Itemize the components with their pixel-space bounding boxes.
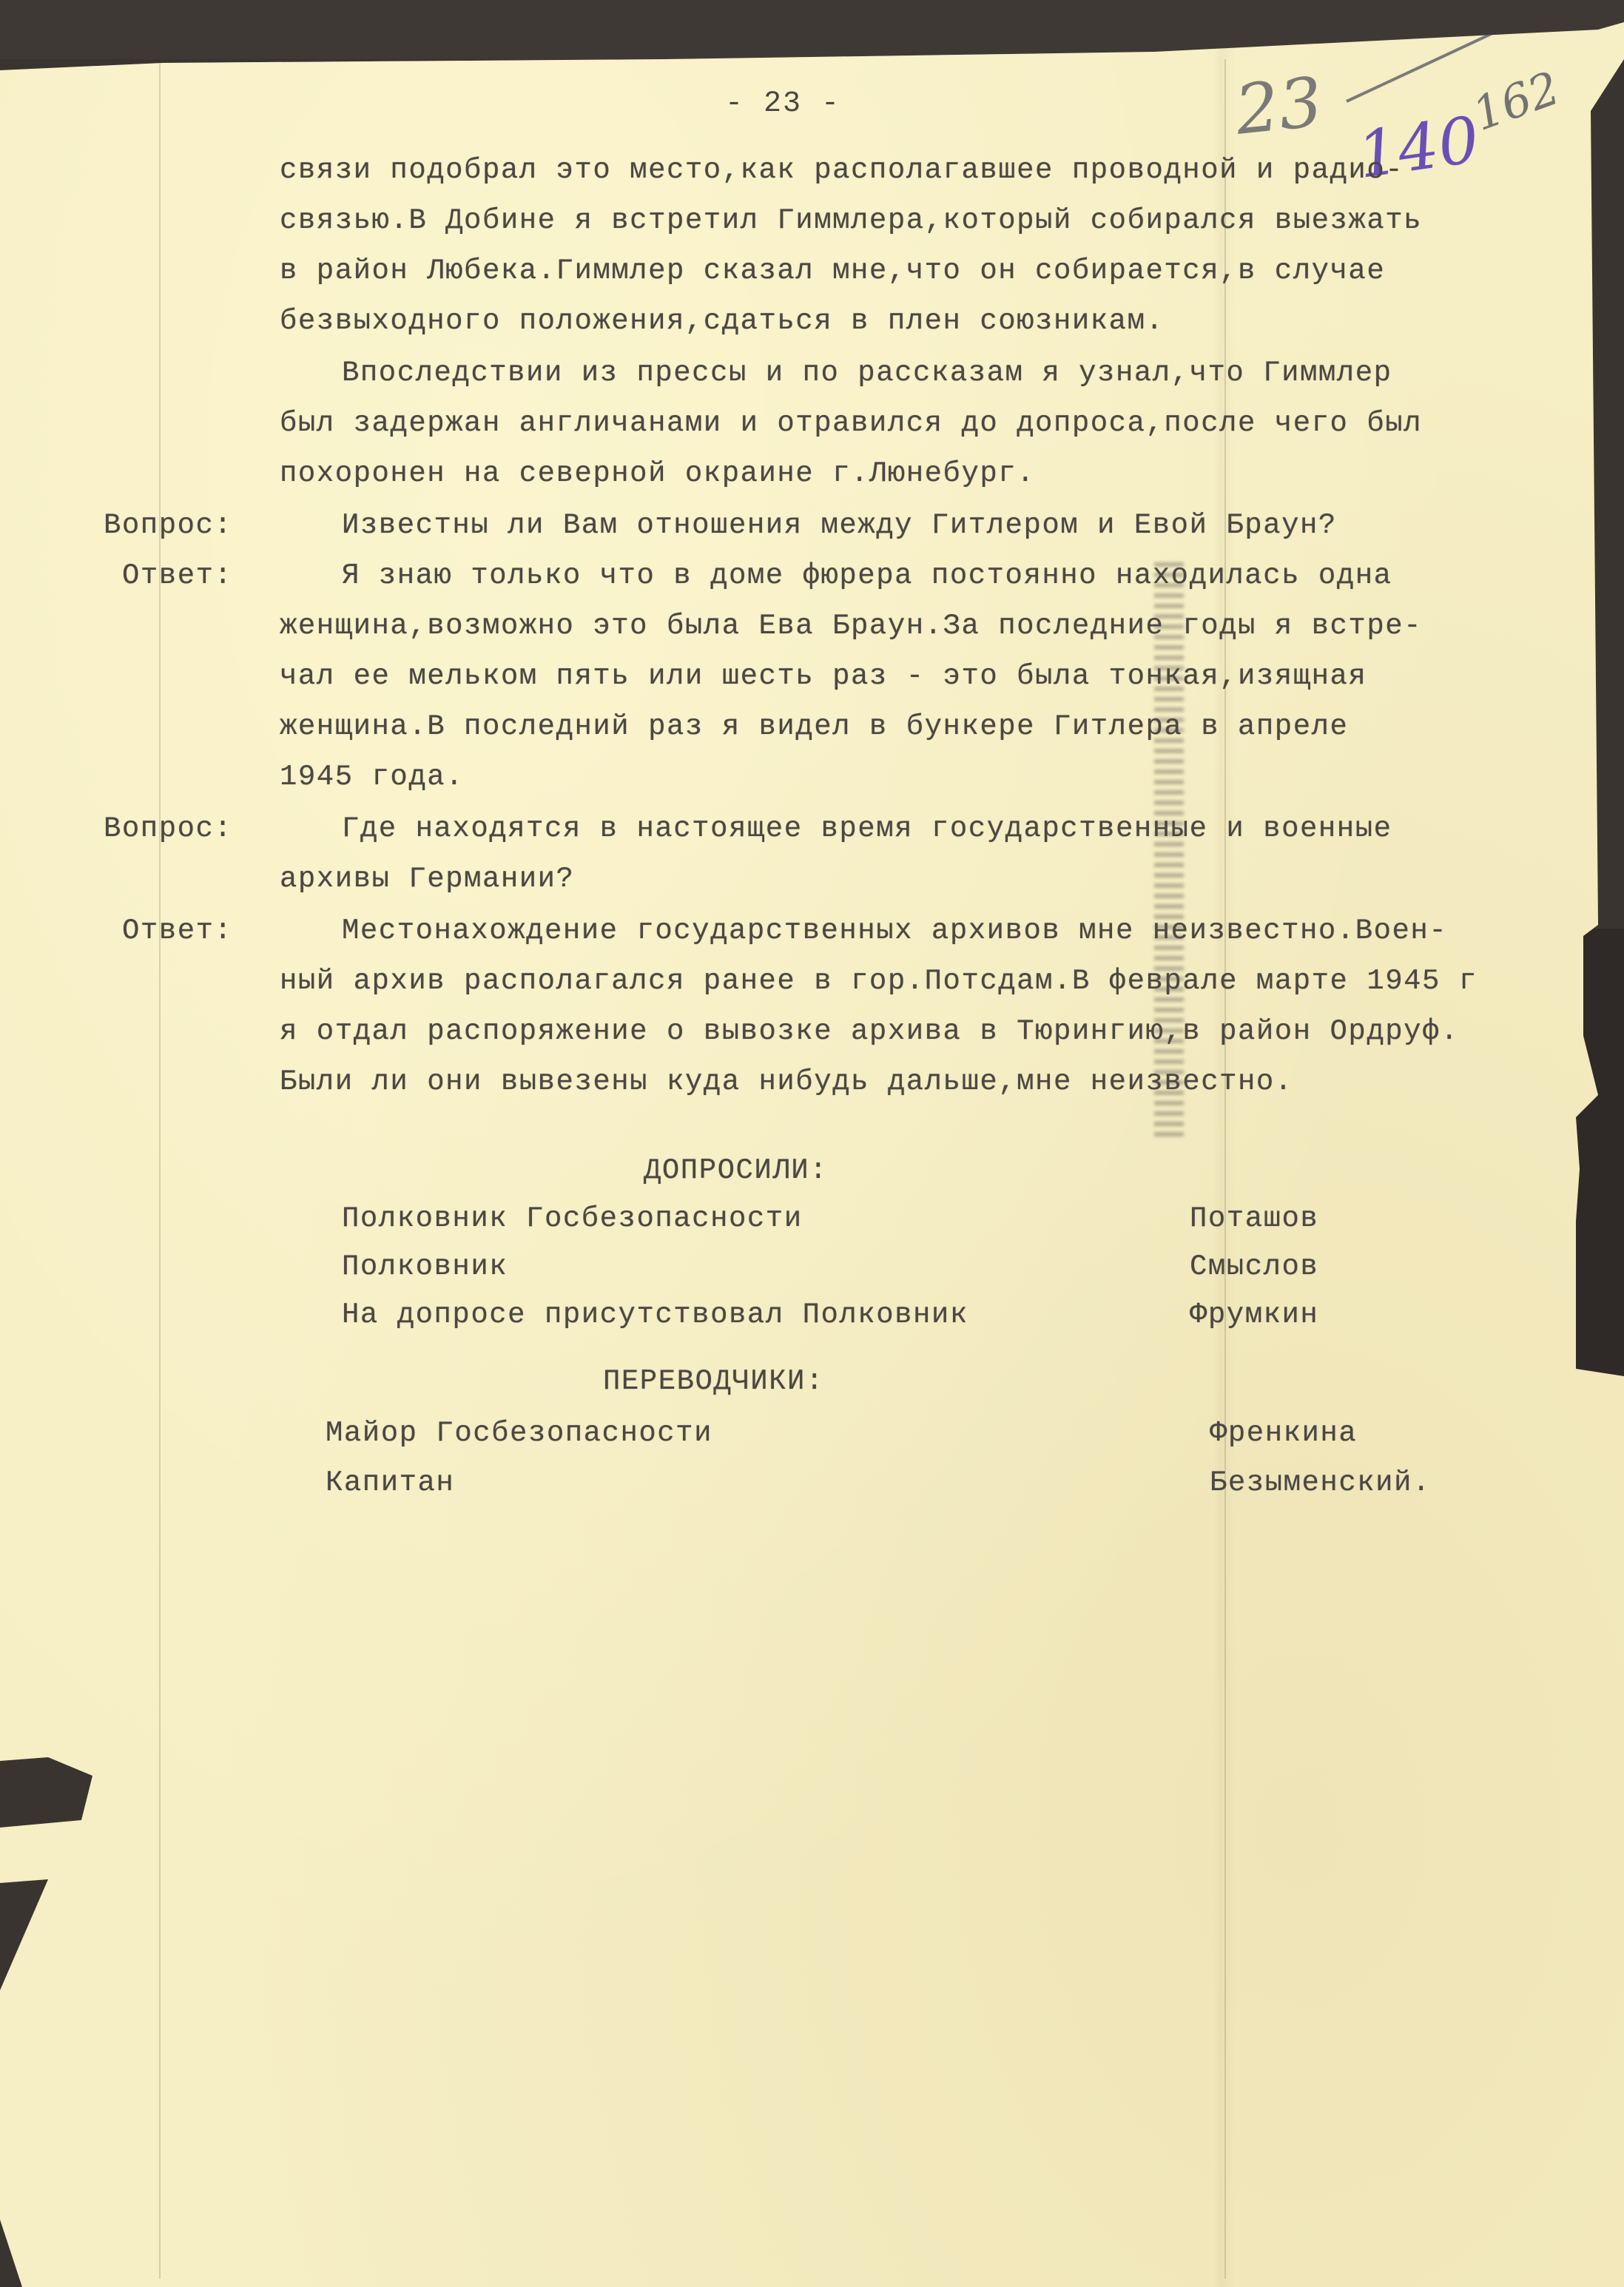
answer-text: женщина.В последний раз я видел в бункер… [280,710,1348,743]
translators-heading: ПЕРЕВОДЧИКИ: [603,1365,824,1398]
translator-rank: Капитан [326,1466,454,1499]
interrogator-name: Смыслов [1190,1250,1318,1283]
translator-name: Безыменский. [1210,1466,1431,1499]
interrogators-heading: ДОПРОСИЛИ: [644,1154,828,1187]
text-line: Впоследствии из прессы и по рассказам я … [342,357,1392,389]
question-label: Вопрос: [104,509,232,542]
interrogator-name: Поташов [1190,1202,1318,1235]
question-label: Вопрос: [104,812,232,845]
text-line: похоронен на северной окраине г.Люнебург… [280,457,1035,490]
paper-fold [159,59,161,2279]
document-page: - 23 - 23 140 162 связи подобрал это мес… [0,0,1624,2287]
interrogator-rank: Полковник [342,1250,508,1283]
answer-label: Ответ: [122,559,232,592]
ink-smudge [1154,562,1184,1139]
page-number: - 23 - [725,87,840,121]
handwritten-folio-current: 23 [1232,62,1327,150]
paper-fold [1224,59,1226,2279]
text-line: в район Любека.Гиммлер сказал мне,что он… [280,255,1385,287]
interrogator-name: Фрумкин [1190,1299,1318,1331]
translator-rank: Майор Госбезопасности [326,1417,712,1449]
answer-text: 1945 года. [280,761,464,793]
interrogator-rank: На допросе присутствовал Полковник [342,1299,968,1331]
text-line: был задержан англичанами и отравился до … [280,407,1422,439]
question-text: Где находятся в настоящее время государс… [342,812,1392,845]
translator-name: Френкина [1210,1417,1357,1449]
text-line: связи подобрал это место,как располагавш… [280,154,1404,186]
text-line: связью.В Добине я встретил Гиммлера,кото… [280,204,1422,237]
answer-text: Местонахождение государственных архивов … [342,915,1447,947]
handwritten-folio-archive: 162 [1466,61,1566,141]
answer-text: ный архив располагался ранее в гор.Потсд… [280,965,1478,997]
answer-text: Были ли они вывезены куда нибудь дальше,… [280,1065,1293,1098]
text-line: безвыходного положения,сдаться в плен со… [280,305,1164,337]
answer-text: я отдал распоряжение о вывозке архива в … [280,1015,1459,1048]
answer-label: Ответ: [122,915,232,947]
answer-text: чал ее мельком пять или шесть раз - это … [280,660,1367,693]
question-text: Известны ли Вам отношения между Гитлером… [342,509,1337,542]
answer-text: женщина,возможно это была Ева Браун.За п… [280,610,1422,642]
interrogator-rank: Полковник Госбезопасности [342,1202,803,1235]
answer-text: Я знаю только что в доме фюрера постоянн… [342,559,1392,592]
question-text: архивы Германии? [280,863,574,895]
